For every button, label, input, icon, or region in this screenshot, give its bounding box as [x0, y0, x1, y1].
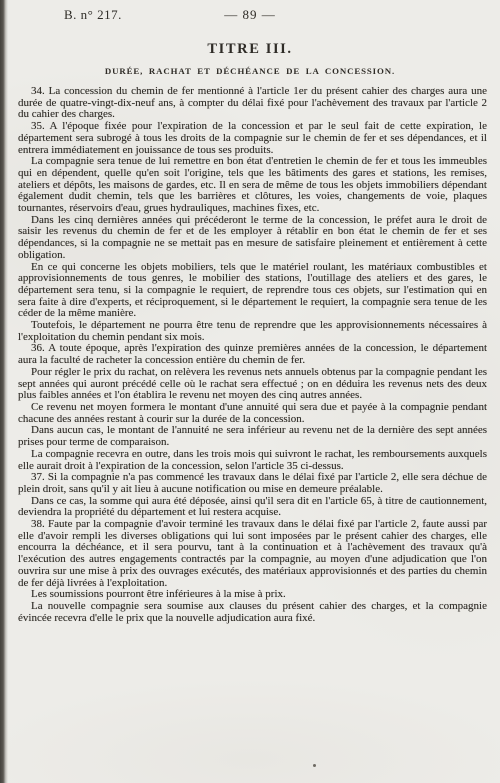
paragraph-article-36: 36. A toute époque, après l'expiration d…: [18, 343, 487, 366]
page-header: B. n° 217. — 89 —: [0, 7, 500, 25]
paragraph: Toutefois, le département ne pourra être…: [18, 320, 487, 343]
paragraph: Pour régler le prix du rachat, on relève…: [18, 367, 487, 402]
paragraph-article-37: 37. Si la compagnie n'a pas commencé les…: [18, 472, 487, 495]
document-body: 34. La concession du chemin de fer menti…: [18, 86, 487, 624]
paragraph: En ce qui concerne les objets mobiliers,…: [18, 262, 487, 321]
scanned-document-page: B. n° 217. — 89 — TITRE III. DURÉE, RACH…: [0, 0, 500, 783]
paragraph: Dans aucun cas, le montant de l'annuité …: [18, 425, 487, 448]
section-subtitle: DURÉE, RACHAT ET DÉCHÉANCE DE LA CONCESS…: [0, 66, 500, 76]
book-gutter-shadow: [0, 0, 8, 783]
paragraph-article-38: 38. Faute par la compagnie d'avoir termi…: [18, 519, 487, 589]
page-number: — 89 —: [0, 7, 500, 23]
paragraph-article-34: 34. La concession du chemin de fer menti…: [18, 86, 487, 121]
paragraph: La compagnie sera tenue de lui remettre …: [18, 156, 487, 215]
paragraph: Dans ce cas, la somme qui aura été dépos…: [18, 496, 487, 519]
paragraph: La nouvelle compagnie sera soumise aux c…: [18, 601, 487, 624]
paragraph: La compagnie recevra en outre, dans les …: [18, 449, 487, 472]
paragraph-article-35: 35. A l'époque fixée pour l'expiration d…: [18, 121, 487, 156]
paragraph: Dans les cinq dernières années qui précé…: [18, 215, 487, 262]
section-title: TITRE III.: [0, 41, 500, 58]
paragraph: Ce revenu net moyen formera le montant d…: [18, 402, 487, 425]
printers-mark-dot: [313, 764, 316, 767]
